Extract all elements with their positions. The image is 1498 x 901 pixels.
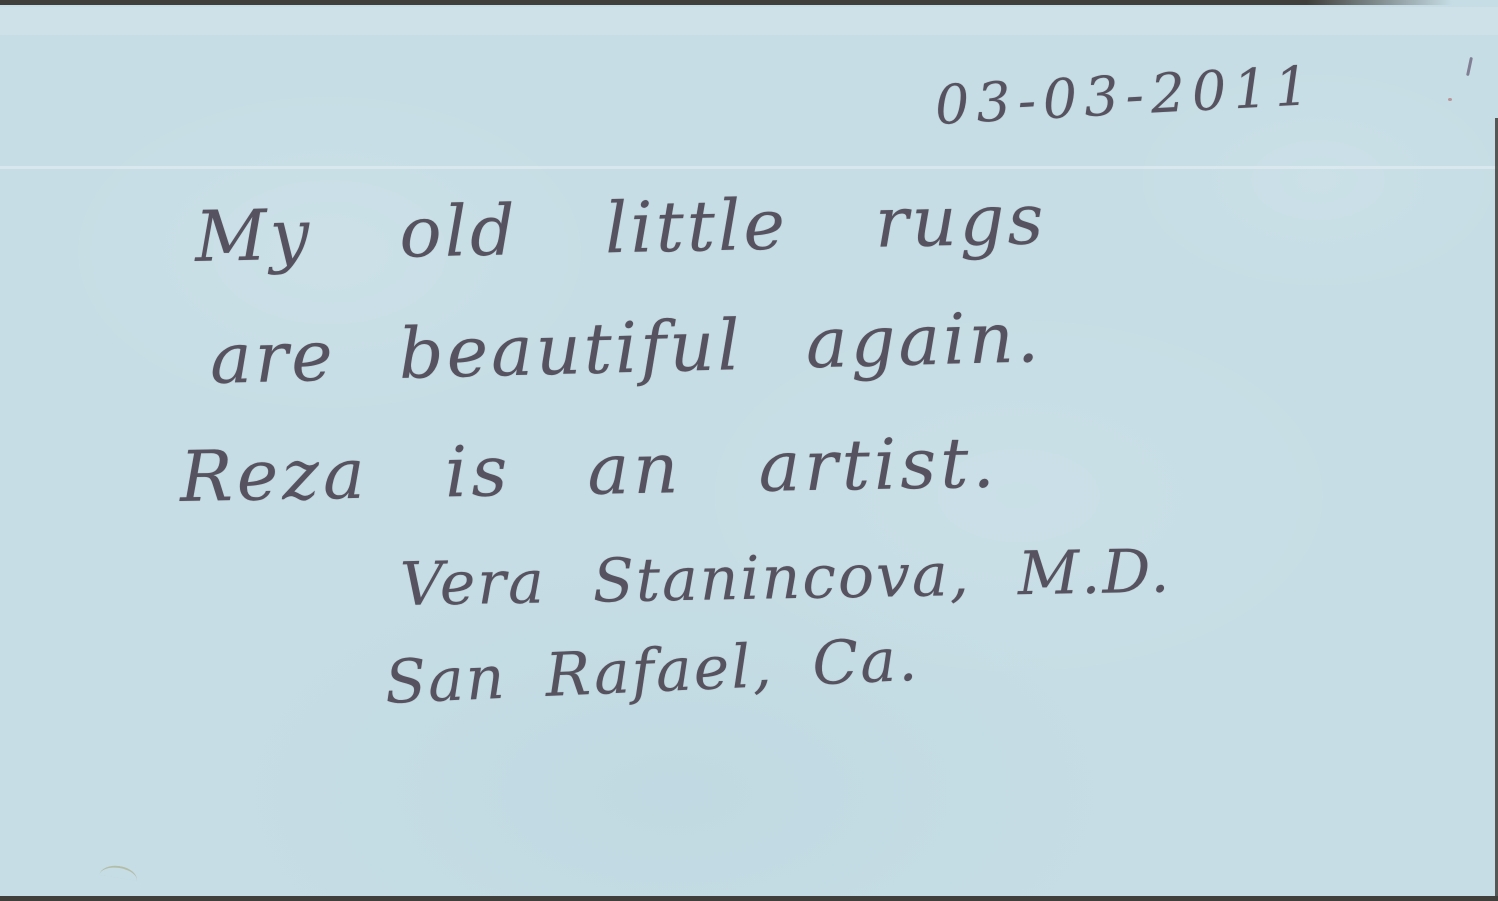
location-text: San Rafael, Ca.	[383, 625, 920, 718]
date-text: 03-03-2011	[933, 54, 1317, 137]
note-line-1: My old little rugs	[194, 178, 1047, 278]
note-card: 03-03-2011 My old little rugs are beauti…	[0, 0, 1498, 901]
paper-crease-top	[0, 7, 1498, 35]
scan-edge-bottom	[0, 896, 1498, 901]
stray-pen-mark	[1466, 57, 1473, 76]
paper-fiber	[99, 863, 138, 881]
scan-edge-top	[0, 0, 1452, 5]
note-line-3: Reza is an artist.	[179, 422, 999, 518]
note-line-2: are beautiful again.	[209, 296, 1043, 400]
paper-crease-mid	[0, 166, 1498, 169]
stray-red-dot	[1448, 98, 1452, 101]
signature-text: Vera Stanincova, M.D.	[399, 537, 1172, 620]
